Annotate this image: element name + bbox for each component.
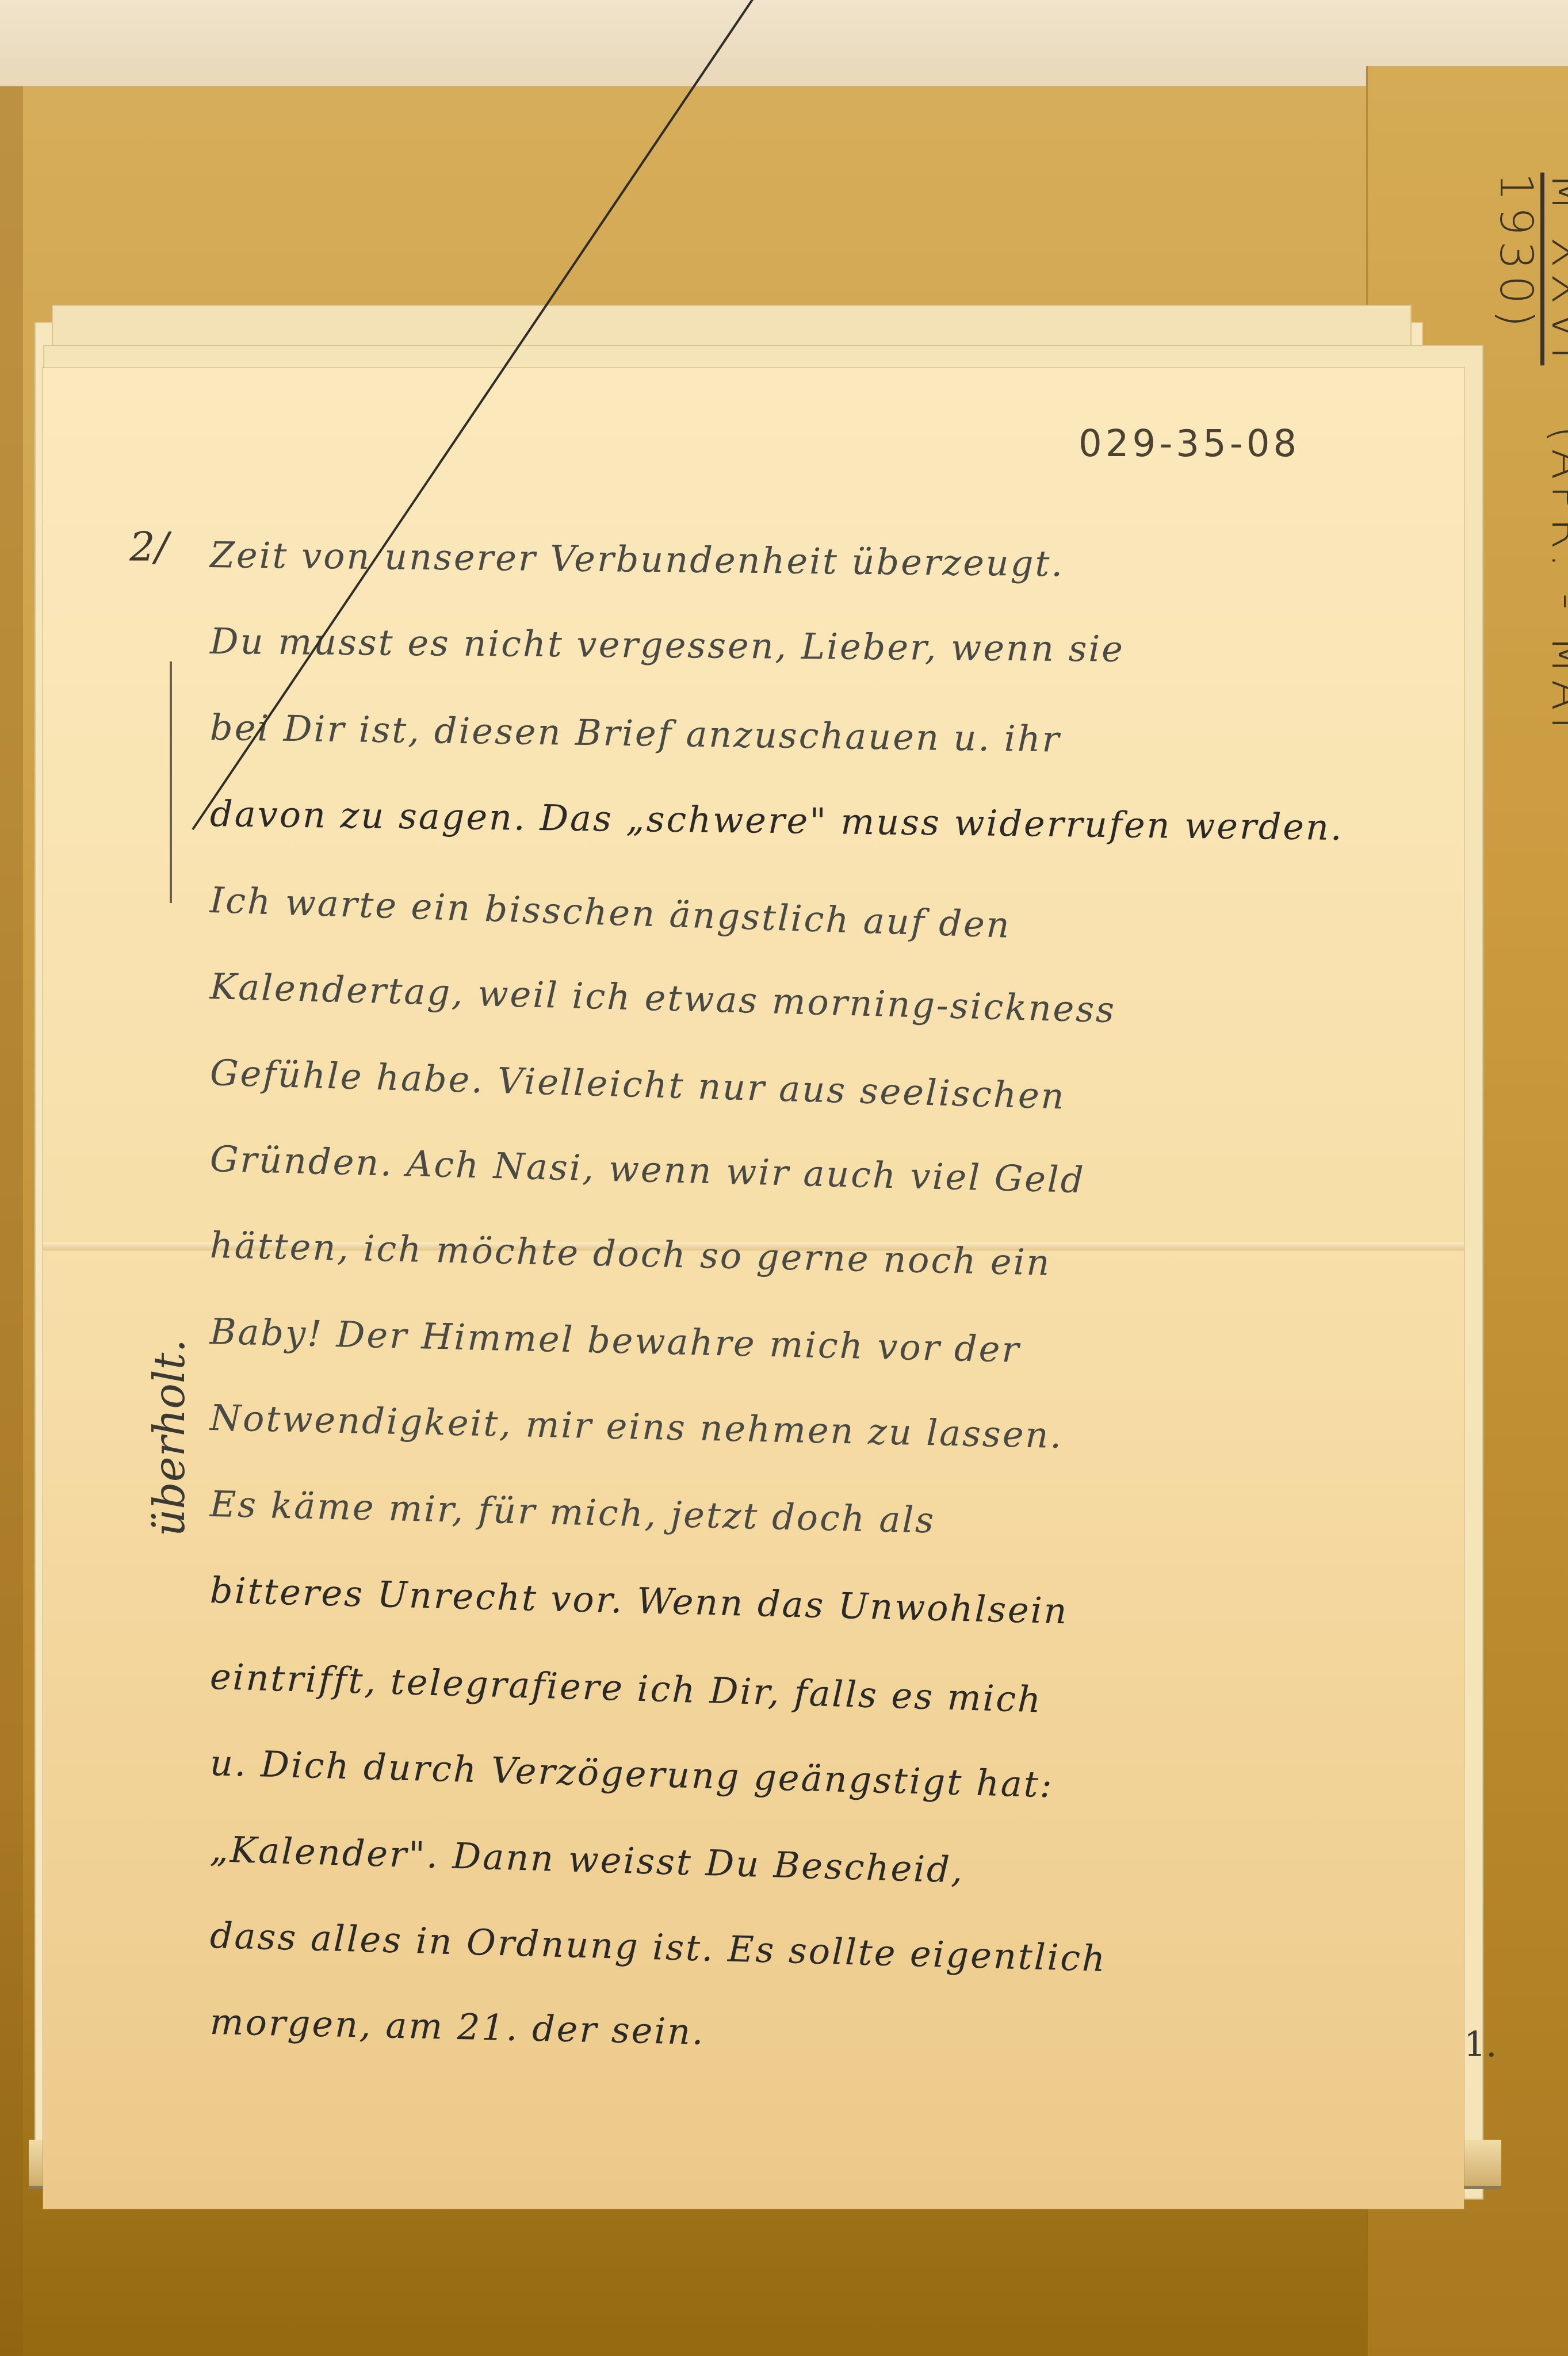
- letter-page: 029-35-08 2/ überholt. Zeit von unserer …: [43, 368, 1464, 2209]
- page-end-mark: 1.: [1464, 2025, 1497, 2065]
- margin-bracket: [170, 661, 172, 903]
- background-wall: [0, 0, 1568, 98]
- folder-label: M XXVI (APR. - MAI 1930): [1507, 173, 1568, 805]
- margin-note: überholt.: [135, 1288, 204, 1588]
- letter-body: Zeit von unserer Verbundenheit überzeugt…: [210, 512, 1447, 2065]
- letter-line: davon zu sagen. Das „schwere" muss wider…: [209, 771, 1447, 872]
- folder-box-label: M XXVI: [1542, 173, 1568, 365]
- archive-number: 029-35-08: [1079, 423, 1300, 465]
- folder-left-edge: [0, 86, 23, 2356]
- letter-line: Du musst es nicht vergessen, Lieber, wen…: [209, 598, 1447, 695]
- page-marker: 2/: [129, 523, 169, 571]
- margin-note-text: überholt.: [145, 1339, 194, 1536]
